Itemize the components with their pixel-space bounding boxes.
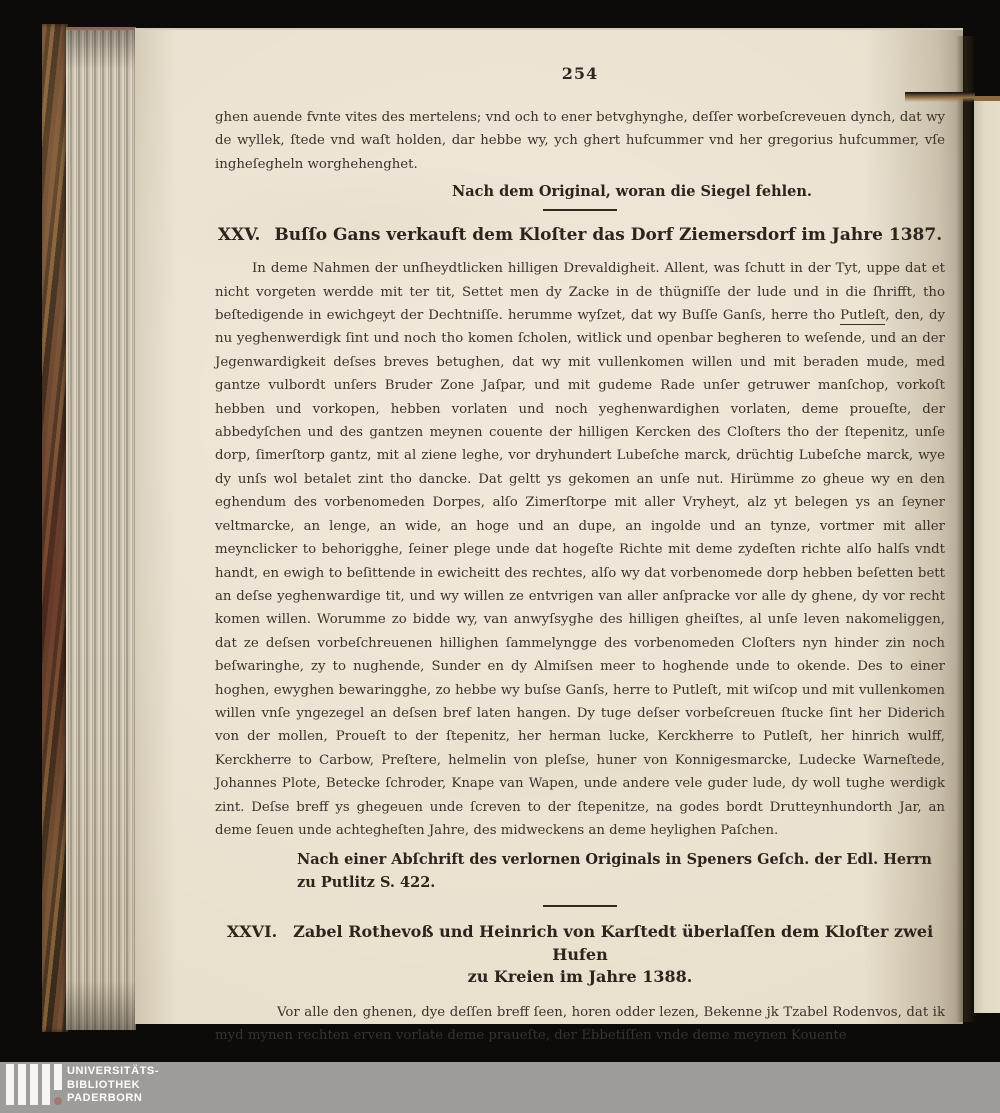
logo-dot-icon [54,1097,62,1105]
marbled-cover-board [42,24,68,1032]
section-26-heading-line1: XXVI.Zabel Rothevoß und Heinrich von Kar… [215,921,945,966]
text-column: 254 ghen auende fvnte vites des mertelen… [215,64,945,1048]
library-name: UNIVERSITÄTS- BIBLIOTHEK PADERBORN [67,1065,159,1106]
section-25-title: Buſſo Gans verkauft dem Kloſter das Dorf… [274,225,942,245]
page-number: 254 [215,64,945,83]
attribution-original: Nach dem Original, woran die Siegel fehl… [267,183,997,200]
page-edge-stack [66,27,136,1030]
logo-bar-1 [6,1064,14,1105]
facing-page-top-edge [905,92,975,102]
book-page: 254 ghen auende fvnte vites des mertelen… [135,28,963,1024]
section-25-body-before: In deme Nahmen der unſheydtlicken hillig… [215,261,945,323]
gutter-crease [956,36,974,1022]
section-26-heading: XXVI.Zabel Rothevoß und Heinrich von Kar… [215,921,945,989]
section-25-body: In deme Nahmen der unſheydtlicken hillig… [215,257,945,842]
section-26-body: Vor alle den ghenen, dye deſſen breff ſe… [215,1001,945,1048]
section-26-title-line1: Zabel Rothevoß und Heinrich von Karſtedt… [293,922,933,964]
section-divider-rule-2 [543,905,617,907]
intro-paragraph: ghen auende fvnte vites des mertelens; v… [215,106,945,176]
attribution-abschrift: Nach einer Abſchrift des verlornen Origi… [215,848,945,894]
underlined-word-putlest: Putleſt [840,308,885,325]
logo-bar-5 [54,1064,62,1090]
facing-page-sliver [974,96,1000,1013]
section-26-number: XXVI. [227,922,277,941]
logo-bar-2 [18,1064,26,1105]
logo-bar-4 [42,1064,50,1105]
section-25-body-after: , den, dy nu yeghenwerdigk ſint und noch… [215,308,945,838]
section-divider-rule [543,209,617,211]
section-26-title-line2: zu Kreien im Jahre 1388. [215,966,945,989]
logo-bar-3 [30,1064,38,1105]
book-scan: 254 ghen auende fvnte vites des mertelen… [0,0,1000,1113]
library-logo-icon [6,1064,66,1108]
section-25-number: XXV. [218,225,261,245]
section-25-heading: XXV.Buſſo Gans verkauft dem Kloſter das … [215,225,945,245]
